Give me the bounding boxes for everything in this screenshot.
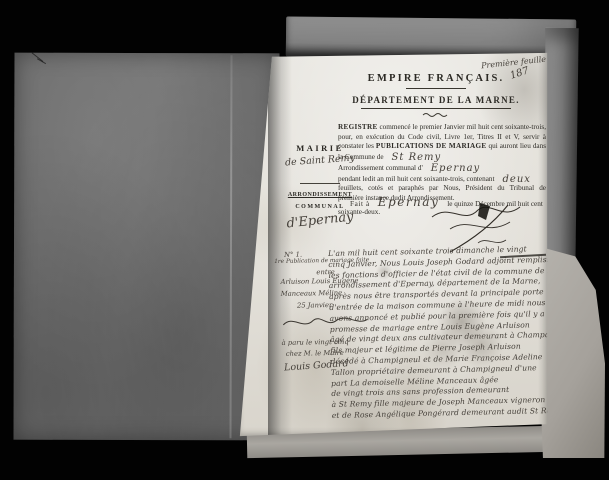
handwritten-arrondissement: Epernay [431, 163, 480, 174]
title-rule [361, 108, 511, 109]
register-line: pendant ledit an mil huit cent soixante-… [338, 174, 546, 185]
under-pages-right-edge [542, 28, 578, 270]
register-line: REGISTRE commencé le premier Janvier mil… [338, 123, 546, 133]
register-line: pour, en exécution du Code civil, Livre … [338, 133, 546, 143]
handwritten-count: deux [503, 174, 531, 185]
department-title: DÉPARTEMENT DE LA MARNE. [296, 95, 576, 105]
register-word-bold: PUBLICATIONS DE MARIAGE [376, 142, 487, 150]
under-pages-top-edge [286, 16, 576, 59]
register-page: Première feuille 187 EMPIRE FRANÇAIS. DÉ… [238, 51, 549, 438]
left-blank-page [13, 53, 279, 441]
margin-note-date: 25 Janvier [297, 301, 332, 310]
handwritten-first-sheet-note: Première feuille [481, 55, 547, 71]
ornament-divider [422, 111, 448, 118]
scanned-register-photo: Première feuille 187 EMPIRE FRANÇAIS. DÉ… [0, 0, 609, 480]
under-page-corner-edge [539, 248, 605, 458]
mairie-rule [300, 183, 340, 184]
handwritten-commune: St Remy [392, 152, 442, 163]
page-fold-line [229, 55, 232, 438]
empire-title: EMPIRE FRANÇAIS. [336, 73, 536, 84]
register-line: Arrondissement communal d'Epernay [338, 163, 546, 174]
arrondissement-heading: ARRONDISSEMENT [260, 192, 380, 198]
register-word-bold: REGISTRE [338, 123, 378, 131]
acte-body: L'an mil huit cent soixante trois dimanc… [328, 244, 556, 422]
title-rule [406, 88, 466, 89]
gutter-shadow [268, 51, 292, 438]
